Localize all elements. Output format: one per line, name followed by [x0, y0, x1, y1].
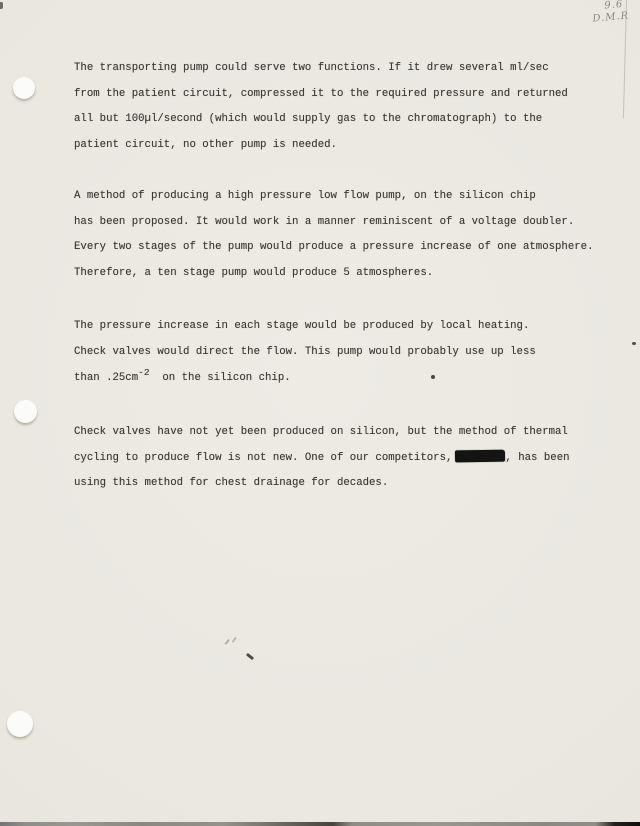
text-line: A method of producing a high pressure lo…	[74, 184, 634, 210]
handwritten-annotation: 9.6 D.M.R	[591, 0, 630, 26]
scan-speck	[632, 342, 636, 345]
punch-hole-top	[13, 77, 35, 99]
text-segment: on the silicon chip.	[150, 372, 291, 384]
text-line: cycling to produce flow is not new. One …	[74, 446, 634, 472]
paragraph-check-valves: Check valves have not yet been produced …	[74, 420, 634, 497]
stray-dark-mark	[246, 653, 254, 660]
paragraph-pressure-increase: The pressure increase in each stage woul…	[74, 314, 634, 391]
text-line: all but 100µl/second (which would supply…	[74, 107, 634, 133]
text-line: patient circuit, no other pump is needed…	[74, 133, 634, 159]
paragraph-high-pressure-pump: A method of producing a high pressure lo…	[74, 184, 634, 286]
stray-ink-dot	[431, 375, 435, 379]
punch-hole-bottom	[7, 711, 33, 737]
punch-hole-middle	[14, 400, 37, 423]
superscript-exponent: -2	[138, 367, 149, 378]
text-line: from the patient circuit, compressed it …	[74, 82, 634, 108]
page-bottom-scan-edge	[0, 822, 640, 826]
text-line: Check valves would direct the flow. This…	[74, 340, 634, 366]
text-line: The pressure increase in each stage woul…	[74, 314, 634, 340]
pencil-mark	[232, 637, 237, 643]
text-line: Therefore, a ten stage pump would produc…	[74, 261, 634, 287]
scanned-document-page: 9.6 D.M.R The transporting pump could se…	[0, 0, 640, 826]
annotation-line-2: D.M.R	[592, 10, 630, 25]
edge-notch	[0, 2, 3, 9]
text-line: Check valves have not yet been produced …	[74, 420, 634, 446]
text-segment: than .25cm	[74, 372, 138, 384]
redaction-box	[455, 449, 505, 462]
text-line: Every two stages of the pump would produ…	[74, 235, 634, 261]
text-line: has been proposed. It would work in a ma…	[74, 210, 634, 236]
pencil-mark	[225, 639, 230, 645]
text-line: The transporting pump could serve two fu…	[74, 56, 634, 82]
text-segment: , has been	[505, 452, 569, 464]
text-segment: cycling to produce flow is not new. One …	[74, 452, 452, 464]
text-line: than .25cm-2 on the silicon chip.	[74, 365, 634, 391]
text-line: using this method for chest drainage for…	[74, 471, 634, 497]
paragraph-transporting-pump: The transporting pump could serve two fu…	[74, 56, 634, 158]
